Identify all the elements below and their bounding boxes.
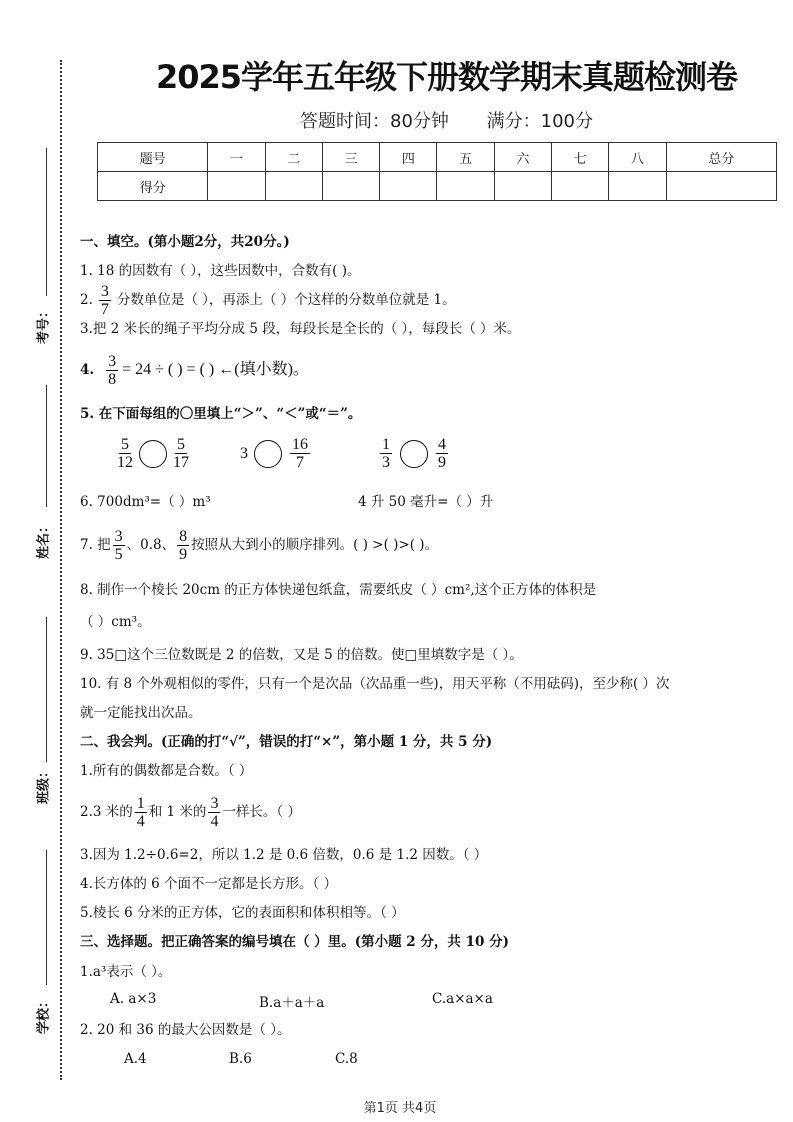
s1-question-8-line1: 8. 制作一个棱长 20cm 的正方体快递包纸盒，需要纸皮（ ）cm²,这个正方… [80,580,596,600]
name-underline [46,385,47,507]
score-input-cell[interactable] [609,172,666,201]
score-table-header-row: 题号 一 二 三 四 五 六 七 八 总分 [98,143,777,172]
score-table-cell: 题号 [98,143,208,172]
score-table-cell: 总分 [666,143,776,172]
s1-question-1: 1. 18 的因数有（ ），这些因数中，合数有( )。 [80,261,361,281]
score-input-cell[interactable] [380,172,437,201]
score-input-cell[interactable] [551,172,608,201]
s3-q2-option-c[interactable]: C.8 [335,1051,358,1067]
s2-question-3: 3.因为 1.2÷0.6=2，所以 1.2 是 0.6 倍数，0.6 是 1.2… [80,845,487,865]
exam-number-underline [46,148,47,296]
exam-info: 答题时间：80分钟 满分：100分 [100,107,793,133]
s1-question-4: 4. 3 8 = 24 ÷ ( ) = ( ) ←(填小数)。 [80,352,309,388]
score-input-cell[interactable] [265,172,322,201]
score-table-cell: 四 [380,143,437,172]
compare-circle[interactable] [254,440,282,468]
s3-question-1: 1.a³表示（ ）。 [80,962,171,982]
s1-question-10-line1: 10. 有 8 个外观相似的零件，只有一个是次品（次品重一些)，用天平称（不用砝… [80,674,670,694]
section-2-heading: 二、我会判。(正确的打“√”，错误的打“×”，第小题 1 分，共 5 分) [80,732,492,752]
s1-question-5: 5. 在下面每组的〇里填上“＞”、“＜”或“＝”。 [80,404,361,424]
s3-q1-option-b[interactable]: B.a＋a＋a [259,991,324,1011]
comparison-group-1: 512 517 [113,436,193,471]
score-label: 满分：100分 [487,111,593,132]
score-table-cell: 七 [551,143,608,172]
name-label: 姓名： [33,520,52,560]
score-table-cell: 五 [437,143,494,172]
score-input-cell[interactable] [322,172,379,201]
s1-question-7: 7. 把 35 、0.8、 89 按照从大到小的顺序排列。( ) >( )>( … [80,526,438,564]
s2-question-5: 5.棱长 6 分米的正方体，它的表面积和体积相等。（ ） [80,903,405,923]
section-3-heading: 三、选择题。把正确答案的编号填在（ ）里。(第小题 2 分，共 10 分) [80,932,509,952]
s1-question-3: 3.把 2 米长的绳子平均分成 5 段，每段长是全长的（ ），每段长（ ）米。 [80,319,521,339]
s2-question-4: 4.长方体的 6 个面不一定都是长方形。（ ） [80,874,337,894]
s3-q2-option-a[interactable]: A.4 [124,1051,147,1067]
s1-question-9: 9. 35□这个三位数既是 2 的倍数，又是 5 的倍数。使□里填数字是（ ）。 [80,645,523,665]
page-number: 第1页 共4页 [300,1097,500,1116]
s1-question-6a: 6. 700dm³=（ ）m³ [80,492,211,512]
school-label: 学校： [33,995,52,1035]
score-input-cell[interactable] [494,172,551,201]
exam-number-label: 考号： [33,305,52,345]
s3-q2-option-b[interactable]: B.6 [229,1051,252,1067]
binding-dotted-line [60,60,62,1080]
compare-circle[interactable] [400,440,428,468]
s1-question-8-line2: （ ）cm³。 [80,612,151,632]
page-title: 2025学年五年级下册数学期末真题检测卷 [100,52,793,98]
s2-question-2: 2.3 米的 14 和 1 米的 34 一样长。（ ） [80,793,301,831]
s1-question-2: 2. 3 7 分数单位是（ ），再添上（ ）个这样的分数单位就是 1。 [80,283,456,317]
s3-q1-option-a[interactable]: A. a×3 [110,991,156,1007]
score-table-cell: 六 [494,143,551,172]
time-label: 答题时间：80分钟 [300,111,449,132]
s3-question-2: 2. 20 和 36 的最大公因数是（ ）。 [80,1020,290,1040]
comparison-group-3: 13 49 [378,436,450,471]
compare-circle[interactable] [139,440,167,468]
s2-question-1: 1.所有的偶数都是合数。（ ） [80,761,252,781]
s1-question-6b: 4 升 50 毫升=（ ）升 [358,492,493,512]
s1-question-10-line2: 就一定能找出次品。 [80,703,202,723]
score-input-cell[interactable] [437,172,494,201]
score-table: 题号 一 二 三 四 五 六 七 八 总分 得分 [97,142,777,201]
score-input-cell[interactable] [666,172,776,201]
comparison-group-2: 3 167 [240,436,312,471]
score-table-score-row: 得分 [98,172,777,201]
score-table-cell: 得分 [98,172,208,201]
fraction: 3 7 [99,283,111,318]
class-label: 班级： [33,765,52,805]
score-table-cell: 八 [609,143,666,172]
fraction: 3 8 [106,353,118,388]
score-table-cell: 三 [322,143,379,172]
school-underline [46,850,47,985]
score-table-cell: 二 [265,143,322,172]
score-table-cell: 一 [208,143,265,172]
s3-q1-option-c[interactable]: C.a×a×a [432,991,493,1007]
section-1-heading: 一、填空。(第小题2分，共20分。) [80,232,290,252]
score-input-cell[interactable] [208,172,265,201]
class-underline [46,617,47,762]
